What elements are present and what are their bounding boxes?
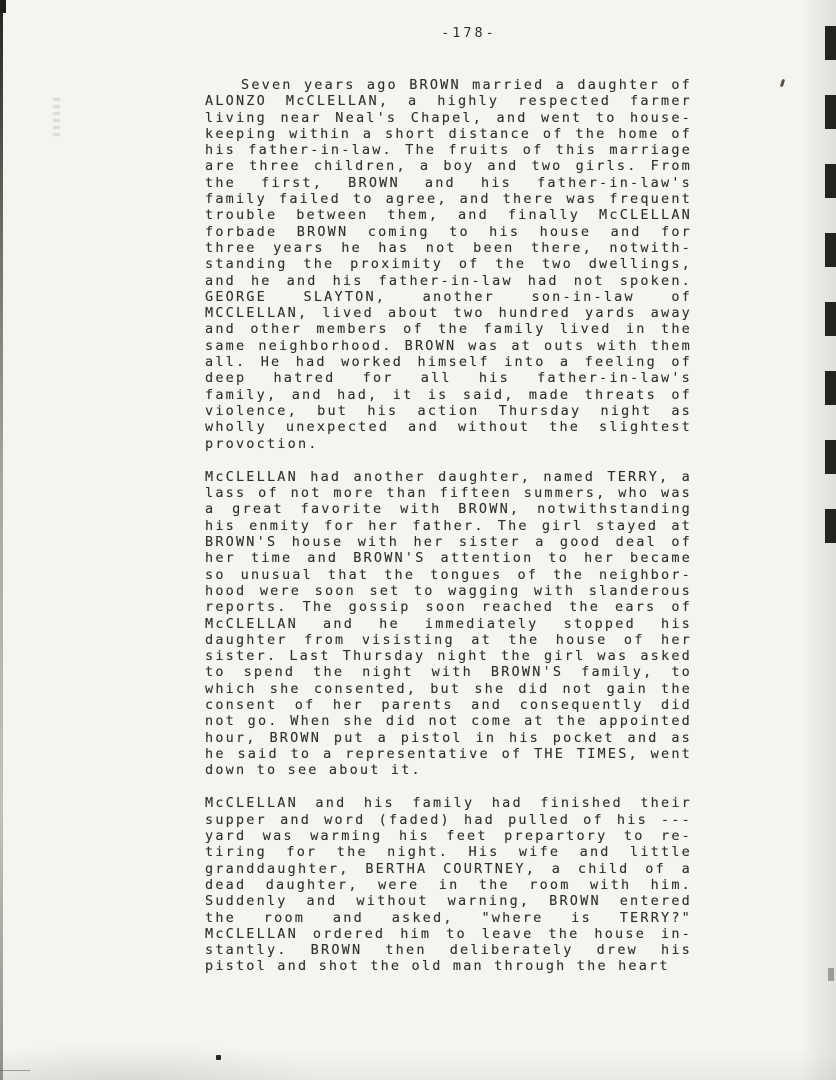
text-line: keeping within a short distance of the h…: [205, 126, 692, 142]
text-line: stantly. BROWN then deliberately drew hi…: [205, 942, 692, 958]
text-line: family, and had, it is said, made threat…: [205, 387, 692, 403]
text-line: the room and asked, "where is TERRY?": [205, 910, 692, 926]
text-line: all. He had worked himself into a feelin…: [205, 354, 692, 370]
text-line: trouble between them, and finally McCLEL…: [205, 207, 692, 223]
text-line: McCLELLAN ordered him to leave the house…: [205, 926, 692, 942]
text-line: and he and his father-in-law had not spo…: [205, 273, 692, 289]
text-line: sister. Last Thursday night the girl was…: [205, 648, 692, 664]
text-line: BROWN'S house with her sister a good dea…: [205, 534, 692, 550]
text-line: which she consented, but she did not gai…: [205, 681, 692, 697]
bottom-smudge: [0, 1040, 320, 1080]
text-line: a great favorite with BROWN, notwithstan…: [205, 501, 692, 517]
text-line: not go. When she did not come at the app…: [205, 713, 692, 729]
text-line: tiring for the night. His wife and littl…: [205, 844, 692, 860]
text-line: McCLELLAN and he immediately stopped his: [205, 616, 692, 632]
edge-tick-mark: [828, 968, 834, 981]
text-line: violence, but his action Thursday night …: [205, 403, 692, 419]
text-line: family failed to agree, and there was fr…: [205, 191, 692, 207]
text-line: he said to a representative of THE TIMES…: [205, 746, 692, 762]
text-line: provoction.: [205, 436, 692, 452]
left-edge-shadow: [0, 0, 3, 1080]
text-line: lass of not more than fifteen summers, w…: [205, 485, 692, 501]
scanned-document-page: -178- Seven years ago BROWN married a da…: [0, 0, 836, 1080]
text-line: are three children, a boy and two girls.…: [205, 158, 692, 174]
text-line: his enmity for her father. The girl stay…: [205, 518, 692, 534]
text-line: his father-in-law. The fruits of this ma…: [205, 142, 692, 158]
text-line: consent of her parents and consequently …: [205, 697, 692, 713]
text-line: three years he has not been there, notwi…: [205, 240, 692, 256]
text-line: down to see about it.: [205, 762, 692, 778]
text-line: same neighborhood. BROWN was at outs wit…: [205, 338, 692, 354]
text-line: the first, BROWN and his father-in-law's: [205, 175, 692, 191]
text-line: dead daughter, were in the room with him…: [205, 877, 692, 893]
text-line: yard was warming his feet prepartory to …: [205, 828, 692, 844]
text-line: her time and BROWN'S attention to her be…: [205, 550, 692, 566]
text-column: Seven years ago BROWN married a daughter…: [205, 77, 692, 975]
text-line: Seven years ago BROWN married a daughter…: [205, 77, 692, 93]
text-line: hood were soon set to wagging with sland…: [205, 583, 692, 599]
film-edge-marks: [825, 26, 836, 566]
text-line: and other members of the family lived in…: [205, 321, 692, 337]
scan-dot: [216, 1055, 221, 1060]
page-number: -178-: [404, 25, 534, 41]
paragraph: McCLELLAN and his family had finished th…: [205, 795, 692, 974]
paragraph: Seven years ago BROWN married a daughter…: [205, 77, 692, 452]
corner-mark: [0, 0, 6, 13]
text-line: McCLELLAN had another daughter, named TE…: [205, 469, 692, 485]
text-line: McCLELLAN and his family had finished th…: [205, 795, 692, 811]
text-line: wholly unexpected and without the slight…: [205, 419, 692, 435]
text-line: hour, BROWN put a pistol in his pocket a…: [205, 730, 692, 746]
text-line: ALONZO McCLELLAN, a highly respected far…: [205, 93, 692, 109]
text-line: reports. The gossip soon reached the ear…: [205, 599, 692, 615]
text-line: GEORGE SLAYTON, another son-in-law of: [205, 289, 692, 305]
text-line: Suddenly and without warning, BROWN ente…: [205, 893, 692, 909]
text-line: forbade BROWN coming to his house and fo…: [205, 224, 692, 240]
scan-speck: [780, 79, 785, 88]
paragraph: McCLELLAN had another daughter, named TE…: [205, 469, 692, 779]
text-line: standing the proximity of the two dwelli…: [205, 256, 692, 272]
text-line: deep hatred for all his father-in-law's: [205, 370, 692, 386]
text-line: so unusual that the tongues of the neigh…: [205, 567, 692, 583]
text-line: supper and word (faded) had pulled of hi…: [205, 812, 692, 828]
text-line: daughter from visisting at the house of …: [205, 632, 692, 648]
text-line: pistol and shot the old man through the …: [205, 958, 692, 974]
text-line: granddaughter, BERTHA COURTNEY, a child …: [205, 861, 692, 877]
scan-smudge: [53, 98, 60, 140]
text-line: MCCLELLAN, lived about two hundred yards…: [205, 305, 692, 321]
text-line: to spend the night with BROWN'S family, …: [205, 664, 692, 680]
bottom-left-line: [0, 1070, 30, 1071]
text-line: living near Neal's Chapel, and went to h…: [205, 110, 692, 126]
